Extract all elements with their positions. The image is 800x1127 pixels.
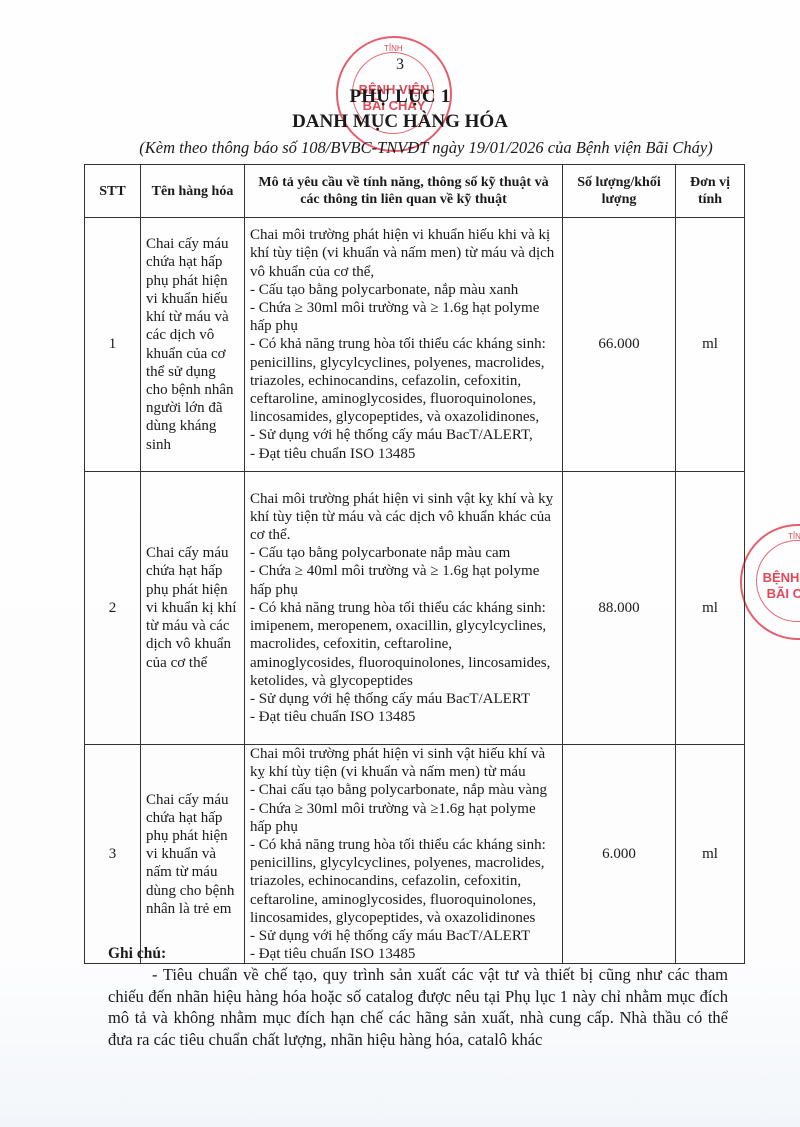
reference-subtitle: (Kèm theo thông báo số 108/BVBC-TNVĐT ng… (0, 138, 800, 158)
hospital-stamp-margin: TỈNH BỆNH VIỆN BÃI CHÁY (740, 524, 800, 640)
row-unit: ml (676, 745, 745, 964)
row-name: Chai cấy máu chứa hạt hấp phụ phát hiện … (141, 218, 245, 472)
row-description: Chai môi trường phát hiện vi khuẩn hiếu … (245, 218, 563, 472)
stamp-top-text: TỈNH (384, 44, 403, 53)
row-unit: ml (676, 218, 745, 472)
row-quantity: 6.000 (563, 745, 676, 964)
notes-title: Ghi chú: (108, 945, 166, 963)
row-description: Chai môi trường phát hiện vi sinh vật hi… (245, 745, 563, 964)
stamp-margin-top-text: TỈNH (788, 532, 800, 541)
header-quantity: Số lượng/khối lượng (563, 165, 676, 218)
appendix-title: PHỤ LỤC 1 (0, 86, 800, 108)
header-unit: Đơn vị tính (676, 165, 745, 218)
header-name: Tên hàng hóa (141, 165, 245, 218)
row-name: Chai cấy máu chứa hạt hấp phụ phát hiện … (141, 745, 245, 964)
row-unit: ml (676, 472, 745, 745)
table-row: 2 Chai cấy máu chứa hạt hấp phụ phát hiệ… (85, 472, 745, 745)
row-quantity: 88.000 (563, 472, 676, 745)
row-stt: 1 (85, 218, 141, 472)
row-stt: 3 (85, 745, 141, 964)
row-quantity: 66.000 (563, 218, 676, 472)
header-stt: STT (85, 165, 141, 218)
notes-body: - Tiêu chuẩn về chế tạo, quy trình sản x… (108, 964, 728, 1050)
table-header-row: STT Tên hàng hóa Mô tả yêu cầu về tính n… (85, 165, 745, 218)
stamp-margin-line2: BÃI CHÁY (752, 586, 800, 601)
header-description: Mô tả yêu cầu về tính năng, thông số kỹ … (245, 165, 563, 218)
table-row: 1 Chai cấy máu chứa hạt hấp phụ phát hiệ… (85, 218, 745, 472)
row-name: Chai cấy máu chứa hạt hấp phụ phát hiện … (141, 472, 245, 745)
document-page: TỈNH BỆNH VIỆN BÃI CHÁY TỈNH BỆNH VIỆN B… (0, 0, 800, 1127)
page-number: 3 (396, 56, 404, 74)
stamp-margin-line1: BỆNH VIỆN (752, 570, 800, 585)
goods-table: STT Tên hàng hóa Mô tả yêu cầu về tính n… (84, 164, 745, 964)
table-row: 3 Chai cấy máu chứa hạt hấp phụ phát hiệ… (85, 745, 745, 964)
row-stt: 2 (85, 472, 141, 745)
list-heading: DANH MỤC HÀNG HÓA (0, 111, 800, 133)
row-description: Chai môi trường phát hiện vi sinh vật kỵ… (245, 472, 563, 745)
